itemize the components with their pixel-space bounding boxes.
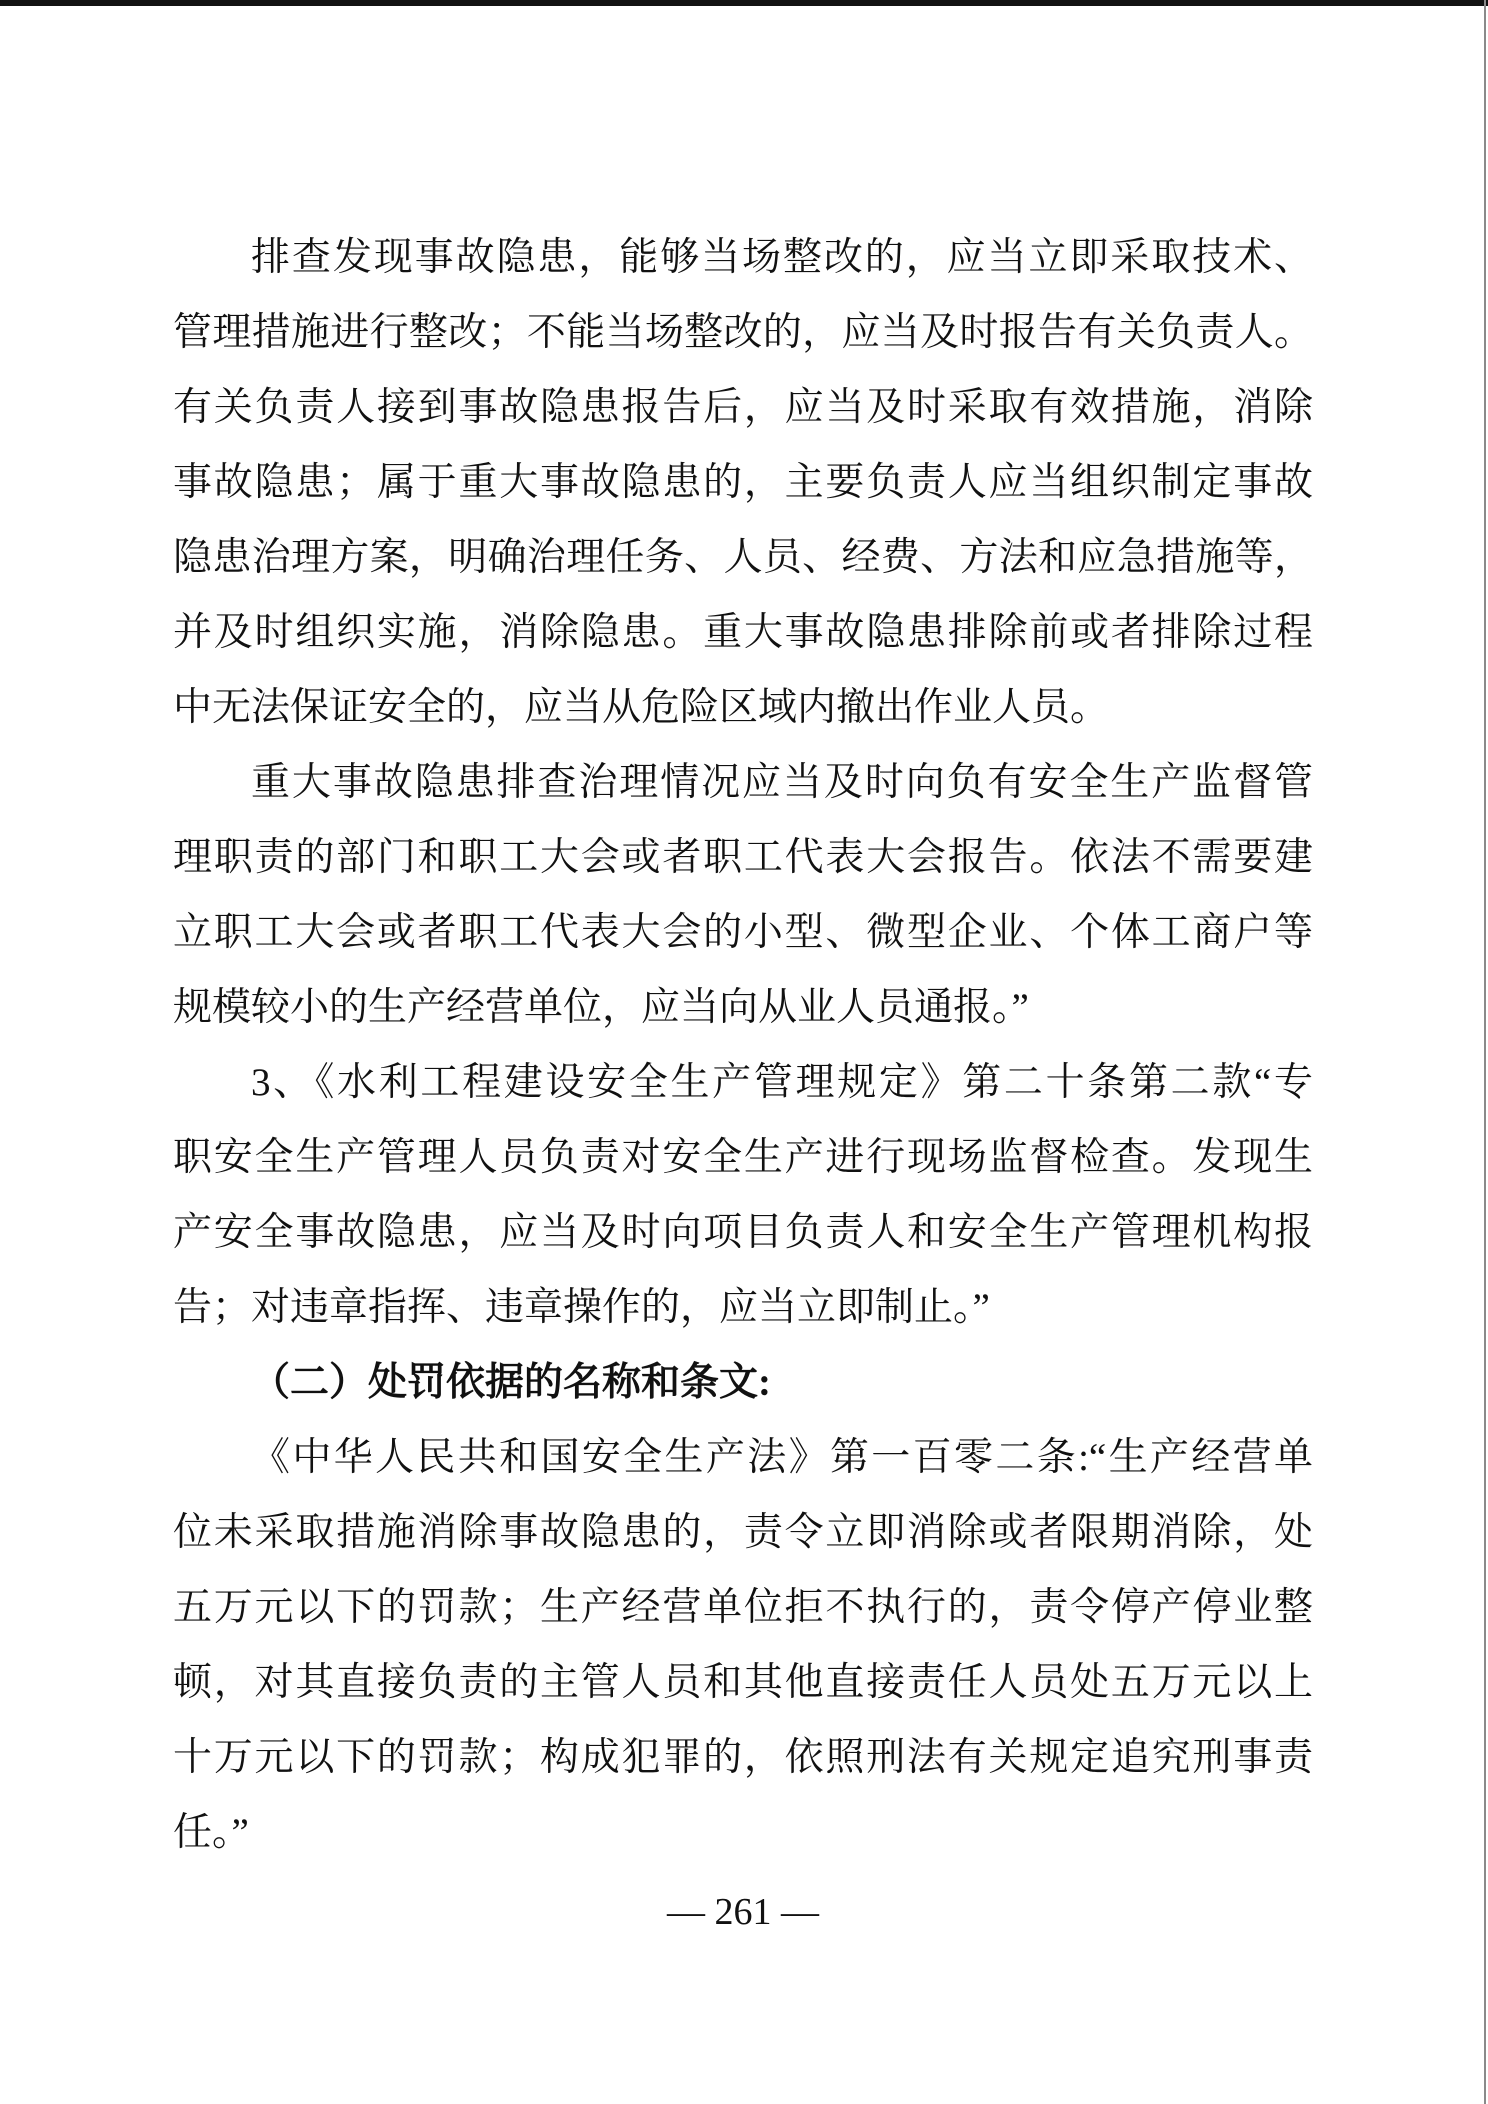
text-line: 隐患治理方案，明确治理任务、人员、经费、方法和应急措施等，: [173, 520, 1313, 595]
text-line: 理职责的部门和职工大会或者职工代表大会报告。依法不需要建: [173, 820, 1313, 895]
scan-edge-top: [0, 0, 1488, 6]
text-line: 有关负责人接到事故隐患报告后，应当及时采取有效措施，消除: [173, 370, 1313, 445]
text-line: 排查发现事故隐患，能够当场整改的，应当立即采取技术、: [173, 220, 1313, 295]
text-line: 并及时组织实施，消除隐患。重大事故隐患排除前或者排除过程: [173, 595, 1313, 670]
text-line: 3、《水利工程建设安全生产管理规定》第二十条第二款“专: [173, 1045, 1313, 1120]
text-line: 十万元以下的罚款；构成犯罪的，依照刑法有关规定追究刑事责: [173, 1720, 1313, 1795]
text-line: 告；对违章指挥、违章操作的，应当立即制止。”: [173, 1270, 1313, 1345]
text-line: 管理措施进行整改；不能当场整改的，应当及时报告有关负责人。: [173, 295, 1313, 370]
section-heading-line: （二）处罚依据的名称和条文:: [173, 1345, 1313, 1420]
text-line: 职安全生产管理人员负责对安全生产进行现场监督检查。发现生: [173, 1120, 1313, 1195]
document-body: 排查发现事故隐患，能够当场整改的，应当立即采取技术、管理措施进行整改；不能当场整…: [173, 220, 1313, 1870]
text-line: 重大事故隐患排查治理情况应当及时向负有安全生产监督管: [173, 745, 1313, 820]
text-line: 《中华人民共和国安全生产法》第一百零二条:“生产经营单: [173, 1420, 1313, 1495]
text-line: 规模较小的生产经营单位，应当向从业人员通报。”: [173, 970, 1313, 1045]
text-line: 事故隐患；属于重大事故隐患的，主要负责人应当组织制定事故: [173, 445, 1313, 520]
text-line: 顿，对其直接负责的主管人员和其他直接责任人员处五万元以上: [173, 1645, 1313, 1720]
text-line: 五万元以下的罚款；生产经营单位拒不执行的，责令停产停业整: [173, 1570, 1313, 1645]
text-line: 位未采取措施消除事故隐患的，责令立即消除或者限期消除，处: [173, 1495, 1313, 1570]
text-line: 任。”: [173, 1795, 1313, 1870]
text-line: 立职工大会或者职工代表大会的小型、微型企业、个体工商户等: [173, 895, 1313, 970]
page-number: — 261 —: [173, 1877, 1313, 1947]
text-line: 中无法保证安全的，应当从危险区域内撤出作业人员。: [173, 670, 1313, 745]
document-page: 排查发现事故隐患，能够当场整改的，应当立即采取技术、管理措施进行整改；不能当场整…: [0, 0, 1488, 2104]
scan-edge-right: [1484, 0, 1486, 2104]
text-line: 产安全事故隐患，应当及时向项目负责人和安全生产管理机构报: [173, 1195, 1313, 1270]
